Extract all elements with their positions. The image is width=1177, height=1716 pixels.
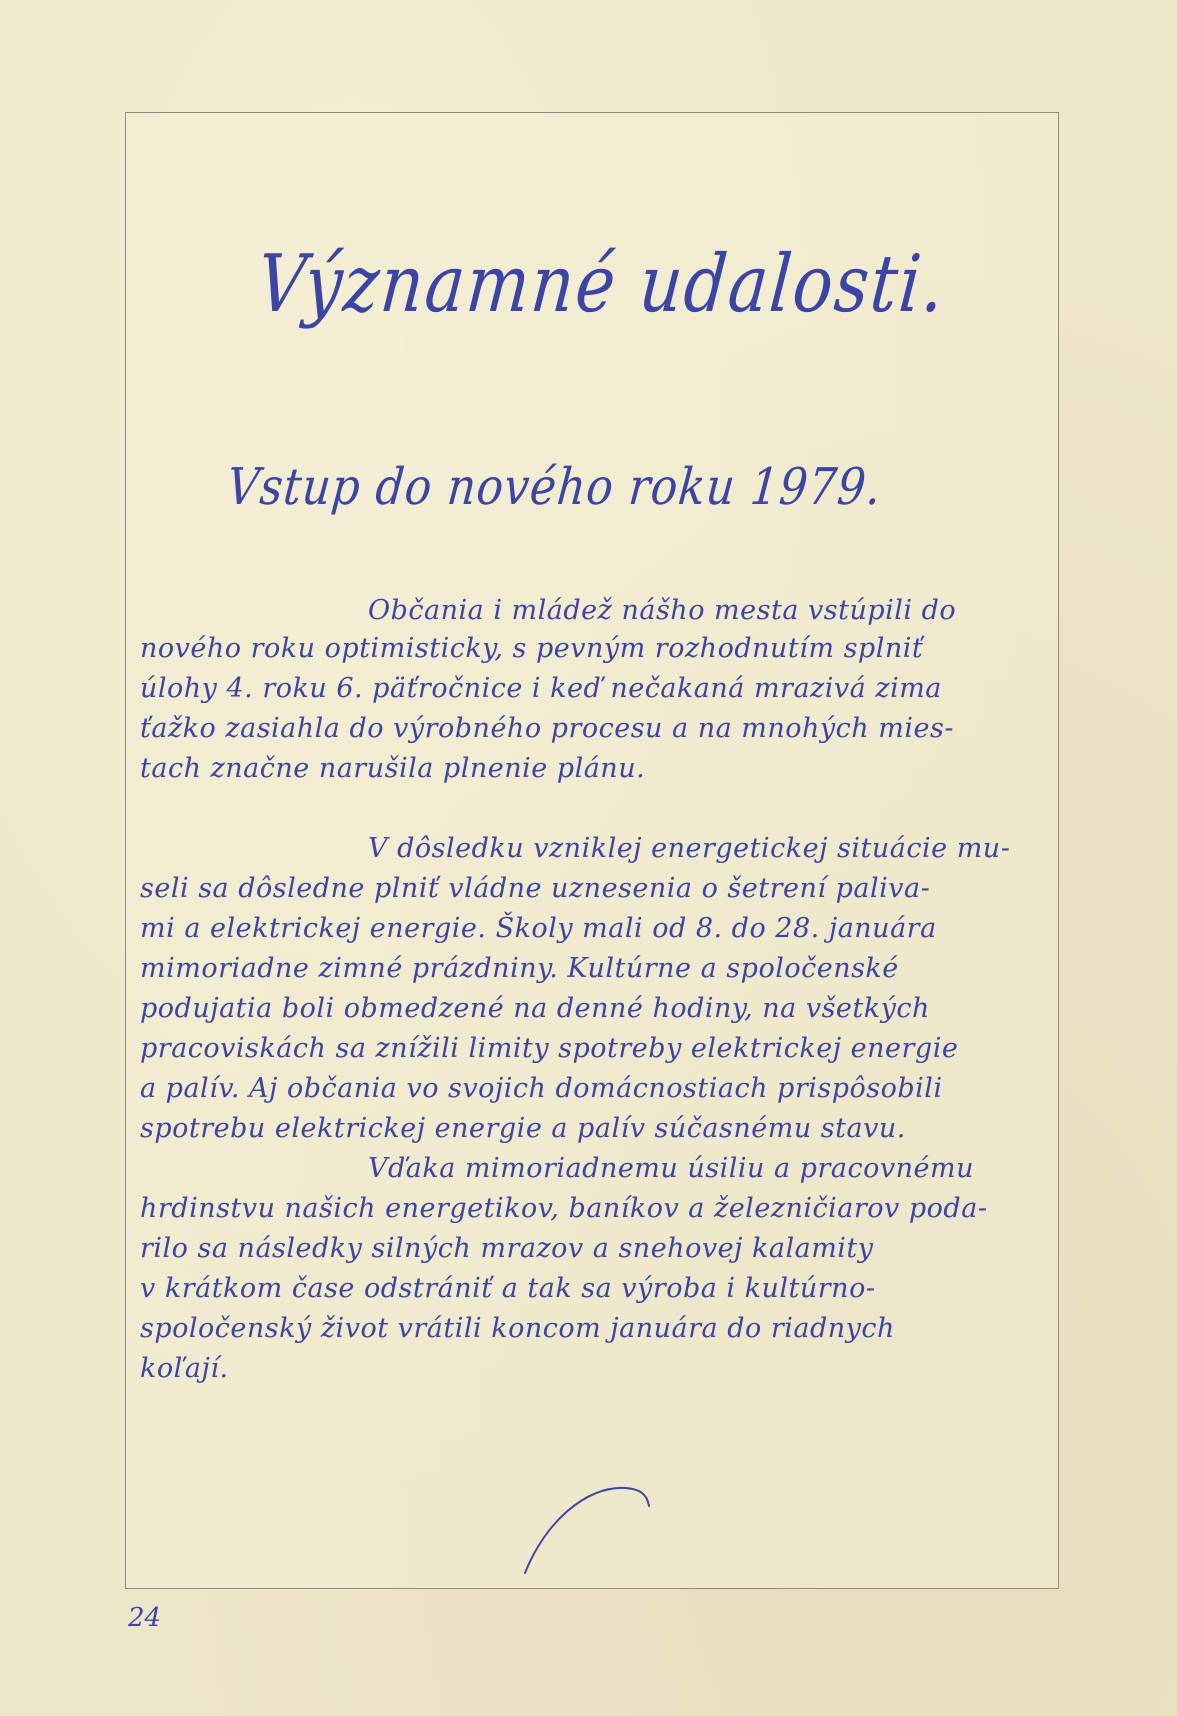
closing-flourish-mark [515,1468,665,1578]
text-line: v krátkom čase odstrániť a tak sa výroba… [140,1273,875,1304]
text-line: koľají. [140,1353,229,1384]
text-line: úlohy 4. roku 6. päťročnice i keď nečaka… [140,673,942,704]
text-line: V dôsledku vzniklej energetickej situáci… [368,833,1010,864]
text-line: mi a elektrickej energie. Školy mali od … [140,913,937,944]
text-line: Vďaka mimoriadnemu úsiliu a pracovnému [368,1153,974,1184]
text-line: seli sa dôsledne plniť vládne uznesenia … [140,873,930,904]
text-line: a palív. Aj občania vo svojich domácnost… [140,1073,943,1104]
text-line: Občania i mládež nášho mesta vstúpili do [368,595,956,626]
text-line: nového roku optimisticky, s pevným rozho… [140,633,923,664]
text-line: rilo sa následky silných mrazov a snehov… [140,1233,874,1264]
text-line: podujatia boli obmedzené na denné hodiny… [140,993,930,1024]
text-line: ťažko zasiahla do výrobného procesu a na… [140,713,954,744]
text-line: tach značne narušila plnenie plánu. [140,753,645,784]
text-line: spotrebu elektrickej energie a palív súč… [140,1113,906,1144]
text-line: hrdinstvu našich energetikov, baníkov a … [140,1193,987,1224]
text-line: mimoriadne zimné prázdniny. Kultúrne a s… [140,953,899,984]
page-number: 24 [128,1603,161,1633]
text-line: spoločenský život vrátili koncom januára… [140,1313,895,1344]
section-heading: Vstup do nového roku 1979. [225,458,885,517]
text-line: pracoviskách sa znížili limity spotreby … [140,1033,958,1064]
page-title: Významné udalosti. [254,238,950,330]
